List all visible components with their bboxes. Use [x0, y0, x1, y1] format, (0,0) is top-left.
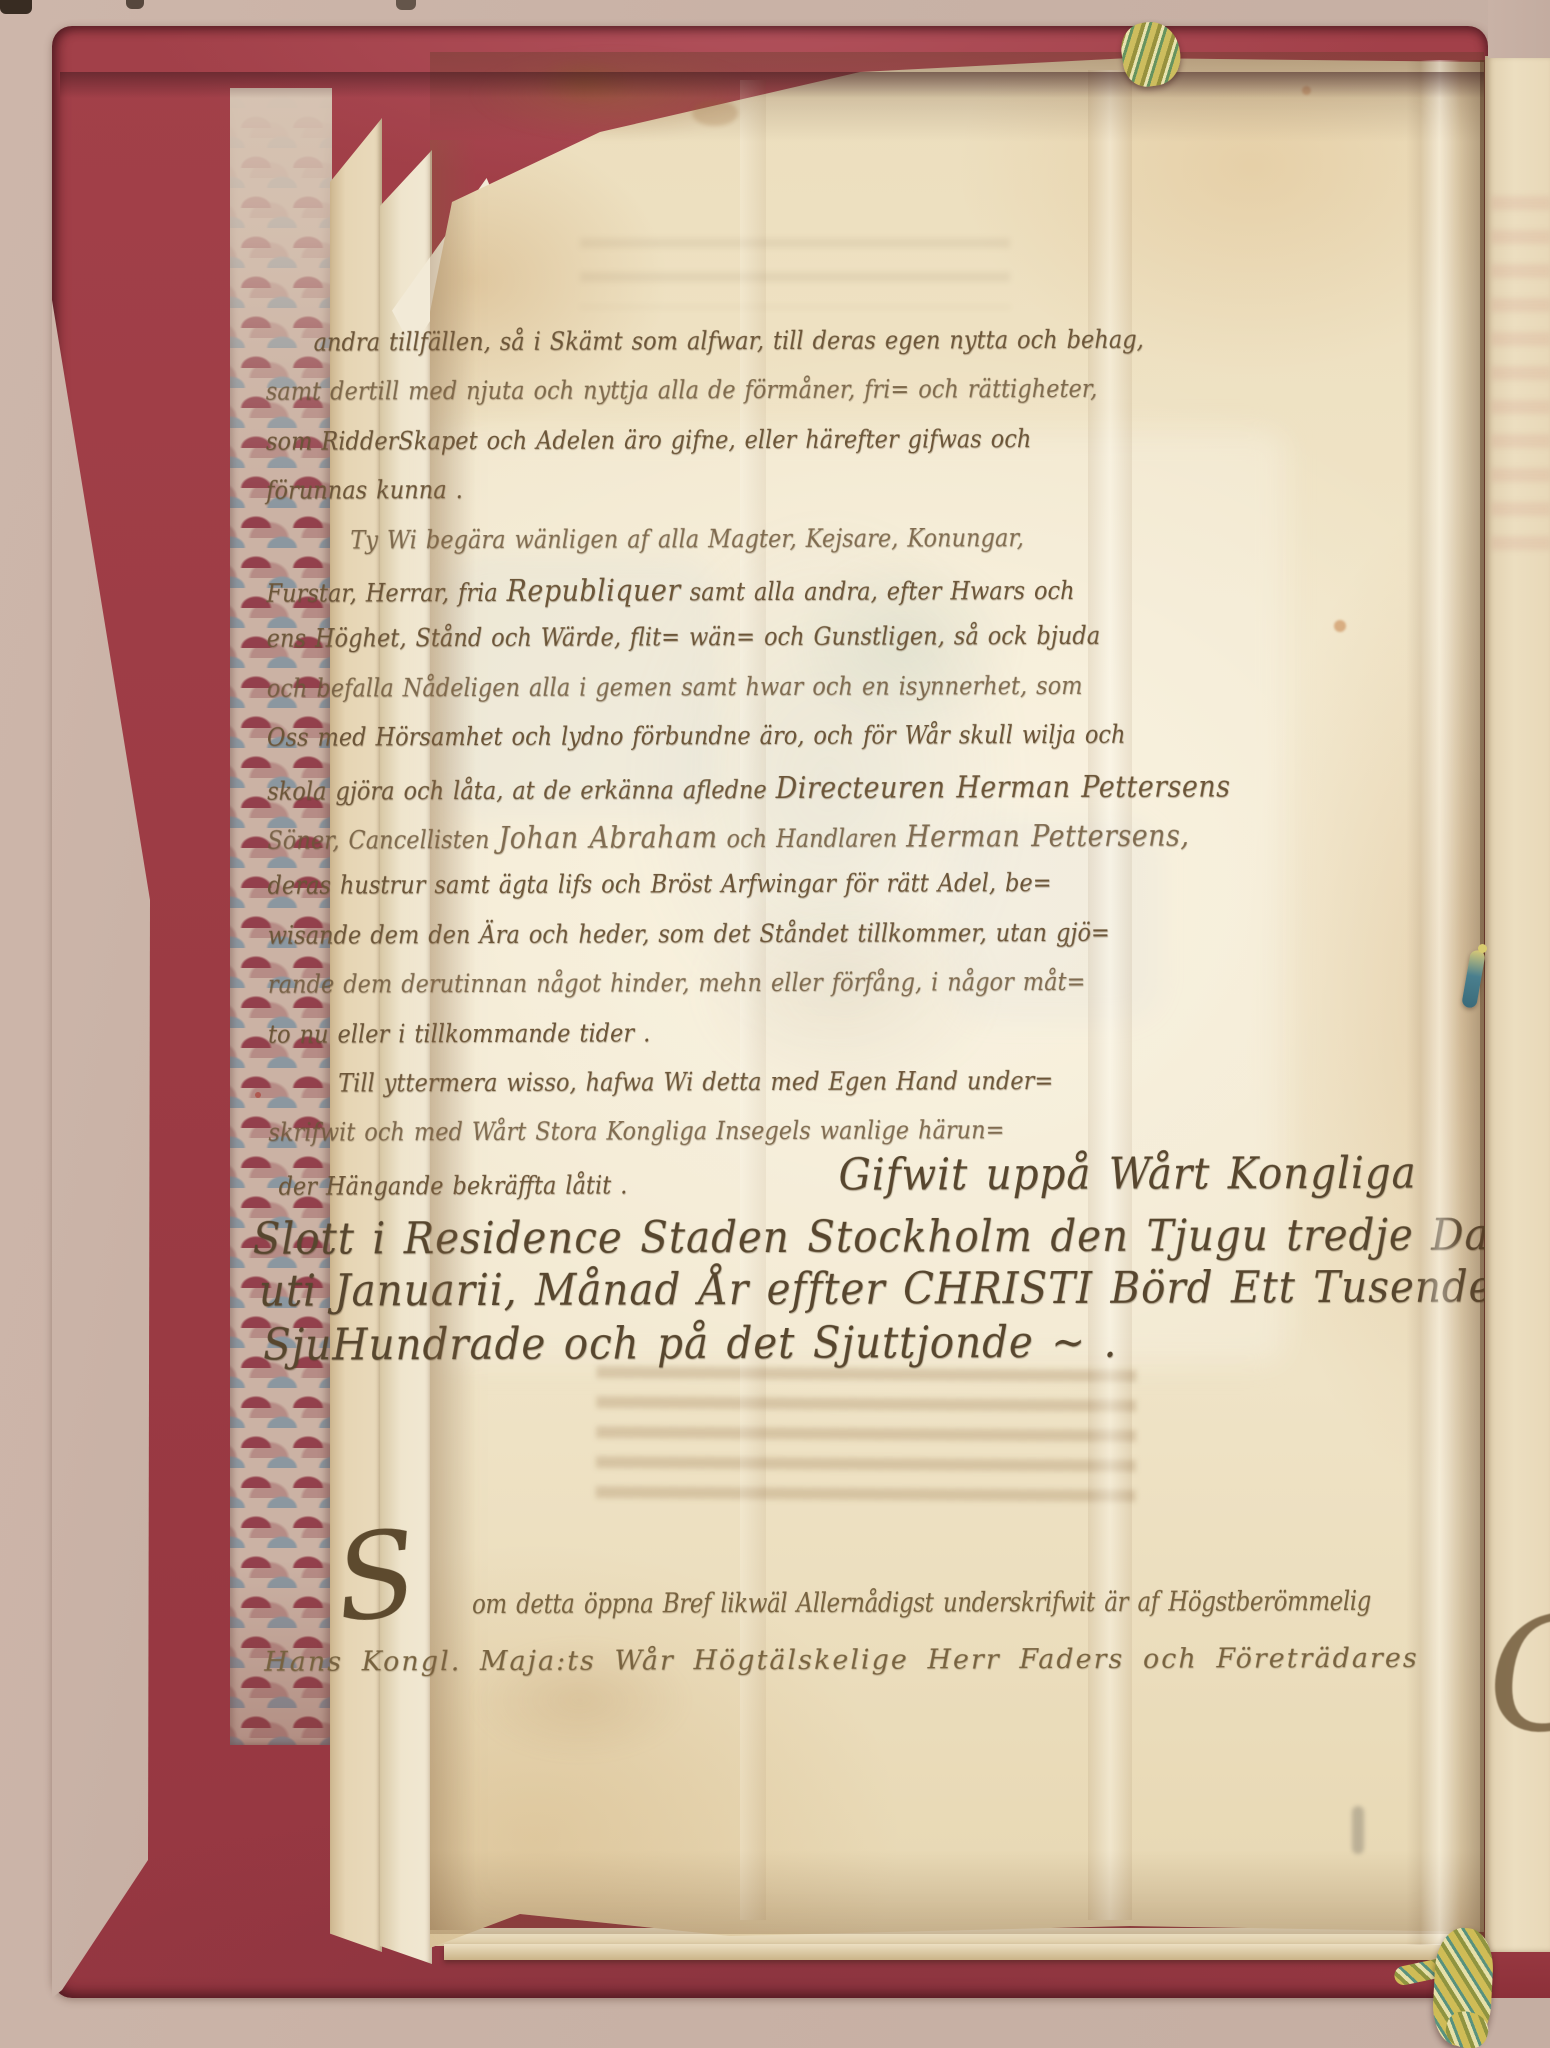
line-text: som RidderSkapet och Adelen äro gifne, e… — [266, 424, 1032, 456]
emphasized-name: Herman Pettersens, — [906, 819, 1189, 855]
manuscript-line: deras hustrur samt ägta lifs och Bröst A… — [267, 868, 1051, 900]
line-text: och befalla Nådeligen alla i gemen samt … — [267, 671, 1083, 703]
manuscript-line: rande dem derutinnan något hinder, mehn … — [268, 967, 1086, 999]
cover-inner-shadow — [60, 72, 1484, 98]
manuscript-line: Furstar, Herrar, fria Republiquer samt a… — [266, 572, 1074, 610]
line-text: deras hustrur samt ägta lifs och Bröst A… — [267, 868, 1051, 900]
line-text: ens Höghet, Stånd och Wärde, flit= wän= … — [267, 621, 1101, 653]
line-text: rande dem derutinnan något hinder, mehn … — [268, 967, 1086, 999]
bottom-shadow — [430, 1850, 1484, 1934]
line-text: och Handlaren — [717, 824, 906, 854]
manuscript-line: som RidderSkapet och Adelen äro gifne, e… — [266, 424, 1032, 456]
manuscript-line: ens Höghet, Stånd och Wärde, flit= wän= … — [267, 621, 1101, 653]
emphasized-name: Directeuren Herman Pettersens — [776, 769, 1231, 806]
manuscript-line: skola gjöra och låta, at de erkänna afle… — [267, 769, 1230, 807]
scan-background-corner — [1488, 0, 1550, 58]
scanned-manuscript-page: der Hängande bekräffta låtit . S om dett… — [0, 0, 1550, 2048]
ink-showthrough — [1491, 196, 1550, 556]
manuscript-line: och befalla Nådeligen alla i gemen samt … — [267, 671, 1083, 703]
manuscript-text: der Hängande bekräffta låtit . S om dett… — [0, 0, 1550, 2048]
seal-thread-fleck — [1478, 944, 1487, 953]
line-text: wisande dem den Ära och heder, som det S… — [268, 918, 1110, 950]
manuscript-line: Söner, Cancellisten Johan Abraham och Ha… — [267, 819, 1189, 857]
next-page-edge: G — [1485, 56, 1550, 1952]
stain — [470, 1640, 690, 1760]
manuscript-line: wisande dem den Ära och heder, som det S… — [268, 918, 1110, 950]
closing-line-big: SjuHundrade och på det Sjuttjonde ~ . — [263, 1317, 1117, 1371]
postscript-line: om detta öppna Bref likwäl Allernådigst … — [472, 1586, 1371, 1620]
line-text: skola gjöra och låta, at de erkänna afle… — [267, 775, 776, 806]
closing-line-big: Gifwit uppå Wårt Kongliga — [838, 1148, 1416, 1201]
manuscript-line: Oss med Hörsamhet och lydno förbundne är… — [267, 720, 1126, 752]
emphasized-name: Johan Abraham — [498, 820, 717, 856]
line-text: samt alla andra, efter Hwars och — [681, 576, 1075, 606]
next-page-flourish-letter: G — [1485, 1580, 1550, 1770]
foxing-spot — [1334, 620, 1346, 632]
postscript-initial: S — [329, 1503, 424, 1649]
line-text: samt dertill med njuta och nyttja alla d… — [266, 374, 1098, 406]
line-text: Oss med Hörsamhet och lydno förbundne är… — [267, 720, 1126, 752]
manuscript-line: skrifwit och med Wårt Stora Kongliga Ins… — [268, 1116, 1004, 1148]
emphasized-name: Republiquer — [507, 573, 681, 609]
graphite-smudge — [1352, 1806, 1364, 1854]
ink-fleck — [255, 1092, 261, 1098]
line-text: skrifwit och med Wårt Stora Kongliga Ins… — [268, 1116, 1004, 1148]
gutter-shadow — [430, 140, 476, 1930]
manuscript-line: samt dertill med njuta och nyttja alla d… — [266, 374, 1098, 406]
